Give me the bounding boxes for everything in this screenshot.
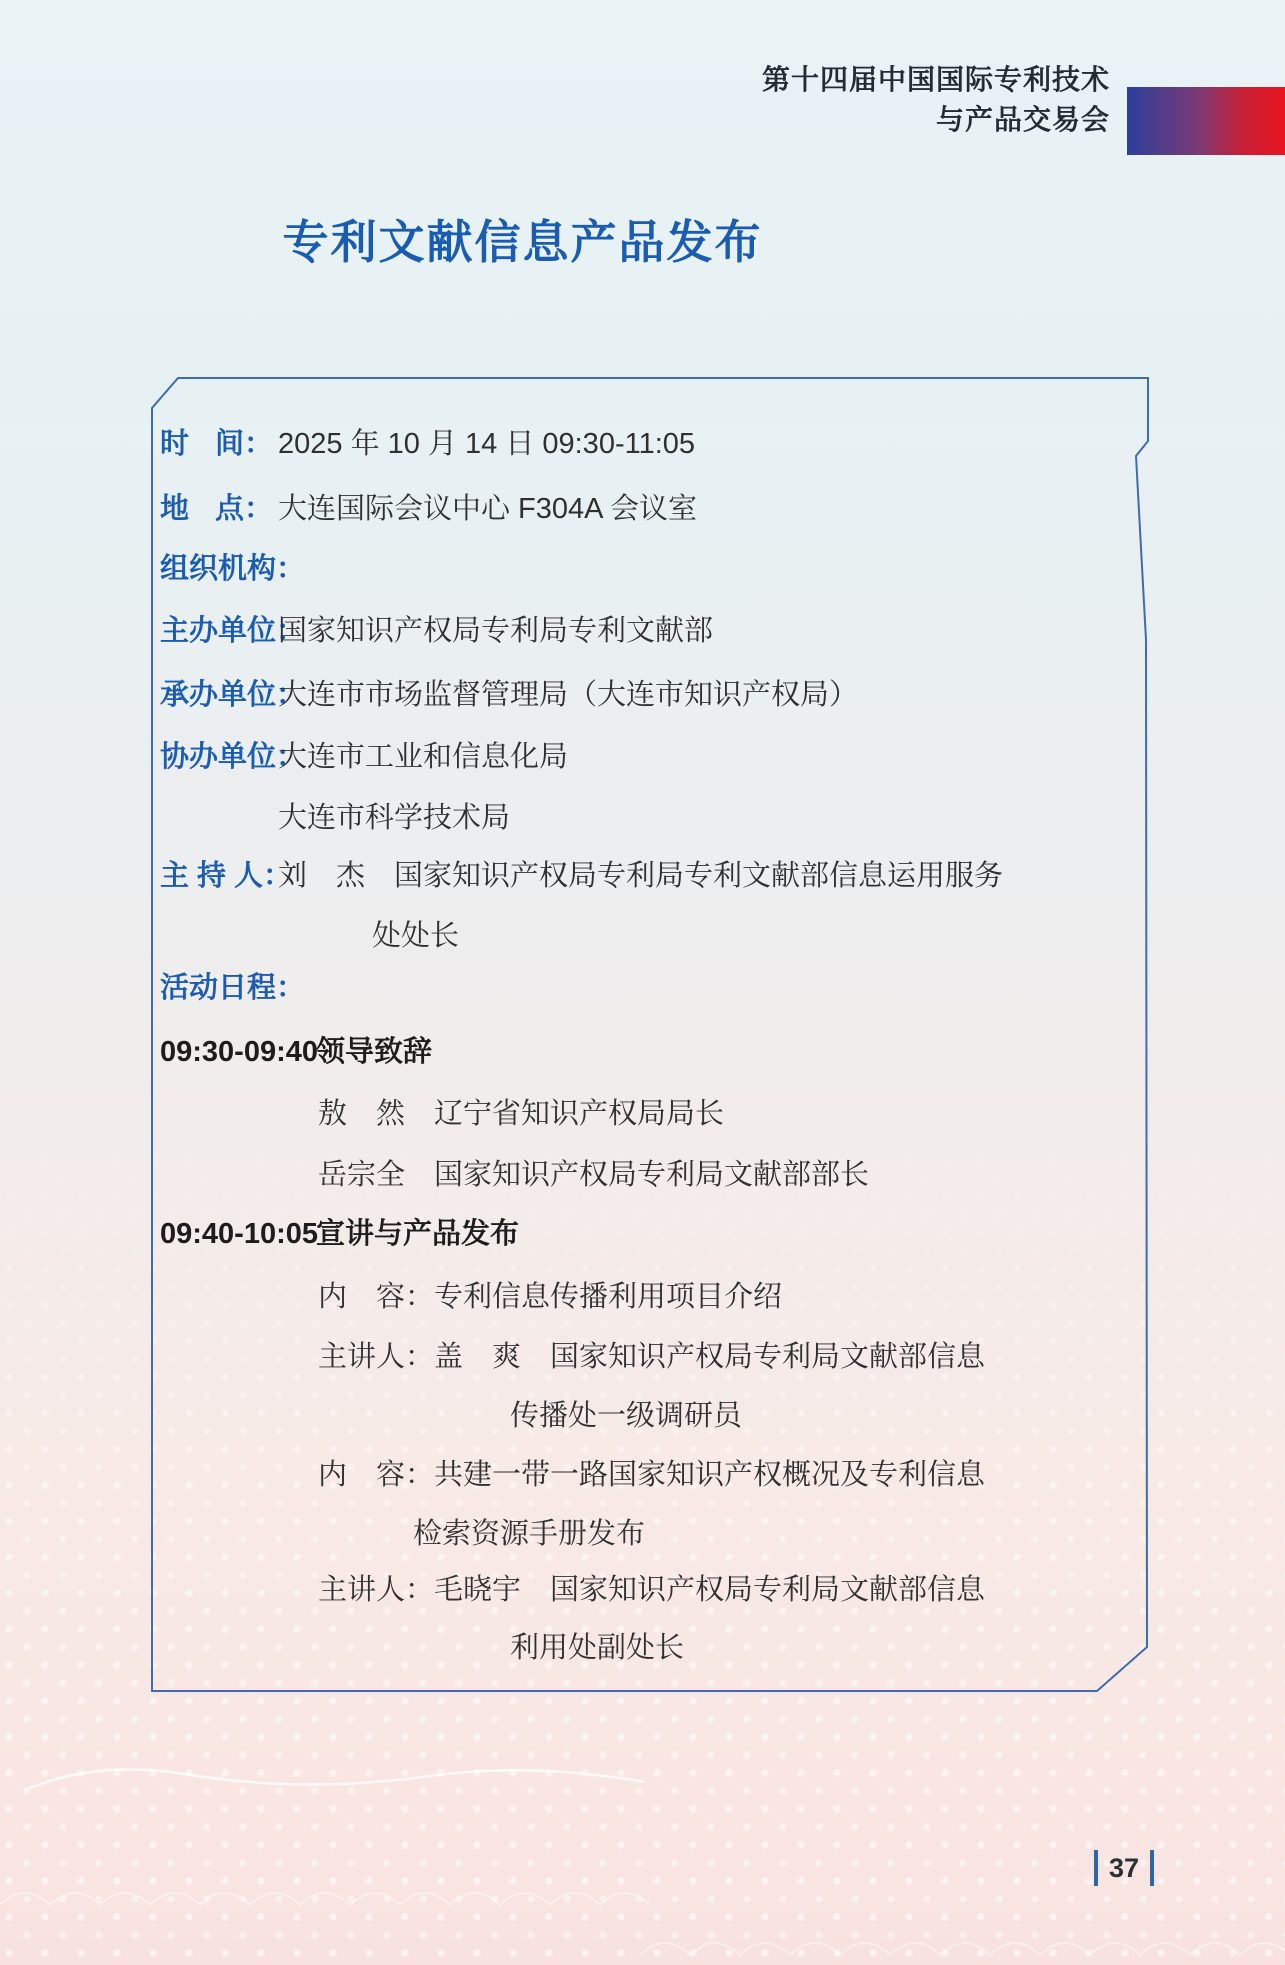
moderator-value-cont: 处处长 <box>372 916 459 956</box>
document-page: 第十四届中国国际专利技术 与产品交易会 专利文献信息产品发布 时间： 2025 … <box>0 0 1285 1965</box>
organization-label: 组织机构： <box>160 549 305 589</box>
content-text-1: 专利信息传播利用项目介绍 <box>434 1281 782 1313</box>
schedule-time-2: 09:40-10:05 <box>160 1214 318 1254</box>
coorganizer-value: 大连市工业和信息化局 <box>278 737 568 777</box>
speaker-label-2: 主讲人： <box>318 1574 434 1606</box>
page-number: 37 <box>1094 1848 1154 1888</box>
place-value: 大连国际会议中心 F304A 会议室 <box>278 489 697 529</box>
speaker-line-2-cont: 利用处副处长 <box>510 1628 684 1668</box>
gradient-bar <box>1127 87 1285 155</box>
content-text-2: 共建一带一路国家知识产权概况及专利信息 <box>434 1459 985 1491</box>
speaker-line-2: 主讲人：毛晓宇 国家知识产权局专利局文献部信息 <box>318 1570 985 1610</box>
page-number-text: 37 <box>1098 1853 1150 1884</box>
time-label: 时间： <box>160 424 273 464</box>
header-line1: 第十四届中国国际专利技术 <box>550 60 1110 100</box>
speaker-yue-zongquan: 岳宗全 国家知识产权局专利局文献部部长 <box>318 1155 869 1195</box>
speaker-line-1-cont: 传播处一级调研员 <box>510 1396 742 1436</box>
host-value: 国家知识产权局专利局专利文献部 <box>278 611 713 651</box>
moderator-value: 刘 杰 国家知识产权局专利局专利文献部信息运用服务 <box>278 856 1003 896</box>
page-title: 专利文献信息产品发布 <box>0 206 1045 272</box>
coorganizer-value2: 大连市科学技术局 <box>278 798 510 838</box>
content-label-2: 内 容： <box>318 1459 434 1491</box>
content-cont-2: 检索资源手册发布 <box>413 1518 645 1550</box>
page-number-right-bar <box>1150 1850 1154 1886</box>
content-line-1: 内 容：专利信息传播利用项目介绍 <box>318 1277 782 1317</box>
schedule-heading-1: 领导致辞 <box>316 1032 432 1072</box>
schedule-heading-2: 宣讲与产品发布 <box>316 1214 519 1254</box>
place-label: 地点： <box>160 489 273 529</box>
speaker-text-2: 毛晓宇 国家知识产权局专利局文献部信息 <box>434 1574 985 1606</box>
content-line-2: 内 容：共建一带一路国家知识产权概况及专利信息 <box>318 1455 985 1495</box>
speaker-cont-1: 传播处一级调研员 <box>510 1400 742 1432</box>
conference-header: 第十四届中国国际专利技术 与产品交易会 <box>550 60 1110 140</box>
speaker-label-1: 主讲人： <box>318 1341 434 1373</box>
content-line-2-cont: 检索资源手册发布 <box>413 1514 645 1554</box>
undertaker-value: 大连市市场监督管理局（大连市知识产权局） <box>278 675 858 715</box>
schedule-time-1: 09:30-09:40 <box>160 1032 318 1072</box>
content-label-1: 内 容： <box>318 1281 434 1313</box>
moderator-label: 主持人： <box>160 856 292 896</box>
speaker-cont-2: 利用处副处长 <box>510 1632 684 1664</box>
time-value: 2025 年 10 月 14 日 09:30-11:05 <box>278 424 695 464</box>
speaker-line-1: 主讲人：盖 爽 国家知识产权局专利局文献部信息 <box>318 1337 985 1377</box>
header-line2: 与产品交易会 <box>550 100 1110 140</box>
speaker-text-1: 盖 爽 国家知识产权局专利局文献部信息 <box>434 1341 985 1373</box>
speaker-ao-ran: 敖 然 辽宁省知识产权局局长 <box>318 1094 724 1134</box>
agenda-label: 活动日程： <box>160 968 305 1008</box>
